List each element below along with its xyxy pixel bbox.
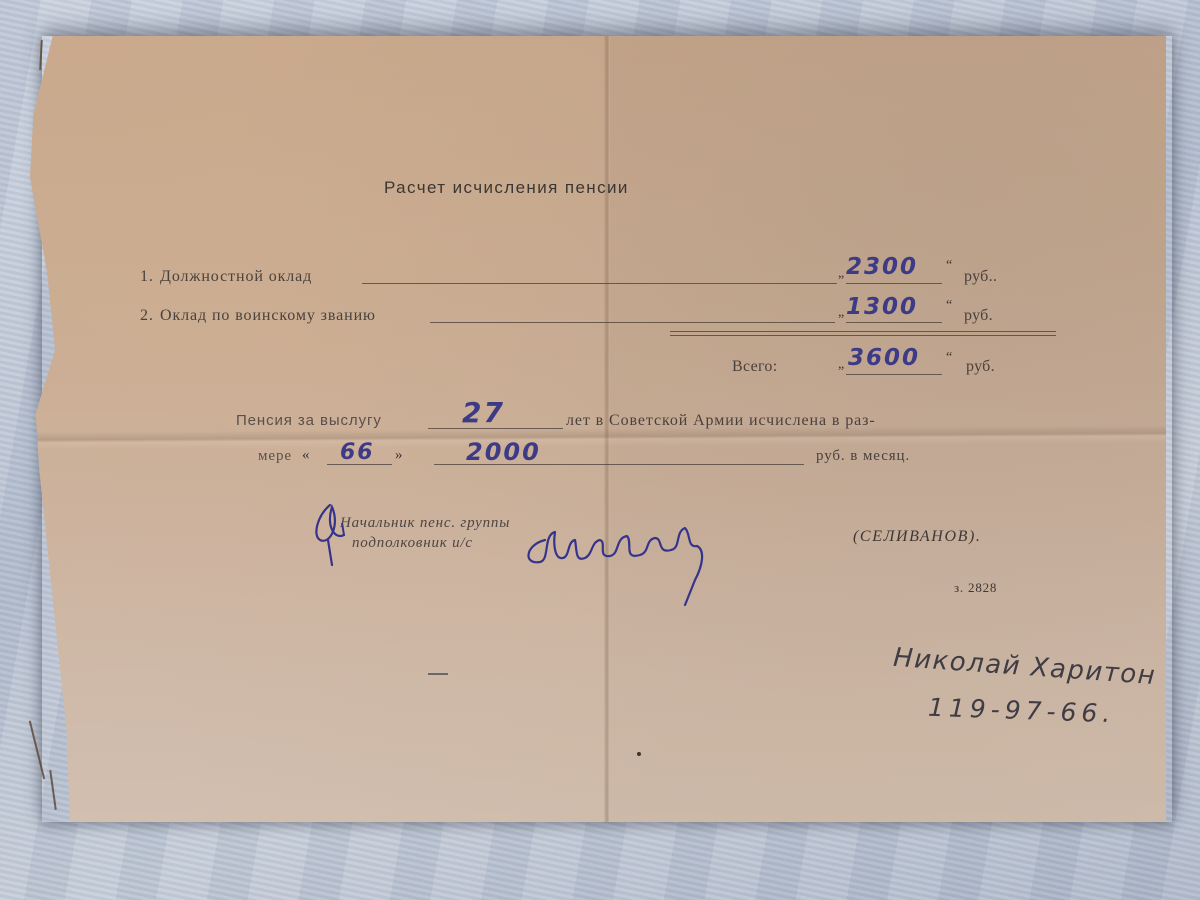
- row-1-number: 1.: [140, 268, 154, 286]
- open-quote: „: [838, 266, 844, 282]
- stray-ink-dot: [637, 752, 641, 756]
- document-title: Расчет исчисления пенсии: [384, 178, 629, 198]
- open-guillemet: «: [302, 447, 310, 464]
- row-2-fill-line: [430, 322, 835, 323]
- close-guillemet: »: [395, 447, 403, 464]
- close-quote: “: [946, 258, 952, 274]
- amount-value: 2000: [466, 438, 541, 466]
- total-label: Всего:: [732, 358, 777, 376]
- row-1-label: Должностной оклад: [160, 268, 312, 286]
- row-1-value: 2300: [846, 254, 918, 280]
- stray-ink-mark: [428, 673, 448, 675]
- pension-text-part3: мере: [258, 448, 292, 465]
- close-quote: “: [946, 298, 952, 314]
- open-quote: „: [838, 357, 844, 373]
- paper-tear-mark: [49, 770, 57, 810]
- total-value-underline: [846, 374, 942, 375]
- paper-tear-mark: [39, 40, 43, 70]
- row-2-value-underline: [846, 322, 942, 323]
- row-2-label: Оклад по воинскому званию: [160, 307, 376, 325]
- pension-text-part4: руб. в месяц.: [816, 448, 910, 465]
- order-number: з. 2828: [954, 580, 997, 596]
- row-1-fill-line: [362, 283, 837, 284]
- paper-tear-mark: [29, 721, 45, 780]
- handwritten-signature-icon: [515, 520, 725, 610]
- close-quote: “: [946, 350, 952, 366]
- pension-text-part1: Пенсия за выслугу: [236, 412, 382, 429]
- row-1-value-underline: [846, 283, 942, 284]
- total-separator-line: [670, 331, 1056, 336]
- row-2-number: 2.: [140, 307, 154, 325]
- years-value: 27: [462, 396, 505, 429]
- open-quote: „: [838, 305, 844, 321]
- pension-text-part2: лет в Советской Армии исчислена в раз-: [566, 412, 876, 430]
- row-1-unit: руб..: [964, 268, 997, 286]
- signatory-name: (СЕЛИВАНОВ).: [853, 528, 982, 546]
- row-2-unit: руб.: [964, 307, 993, 325]
- row-2-value: 1300: [846, 294, 918, 320]
- total-unit: руб.: [966, 358, 995, 376]
- percent-value: 66: [340, 440, 375, 465]
- total-value: 3600: [848, 345, 920, 371]
